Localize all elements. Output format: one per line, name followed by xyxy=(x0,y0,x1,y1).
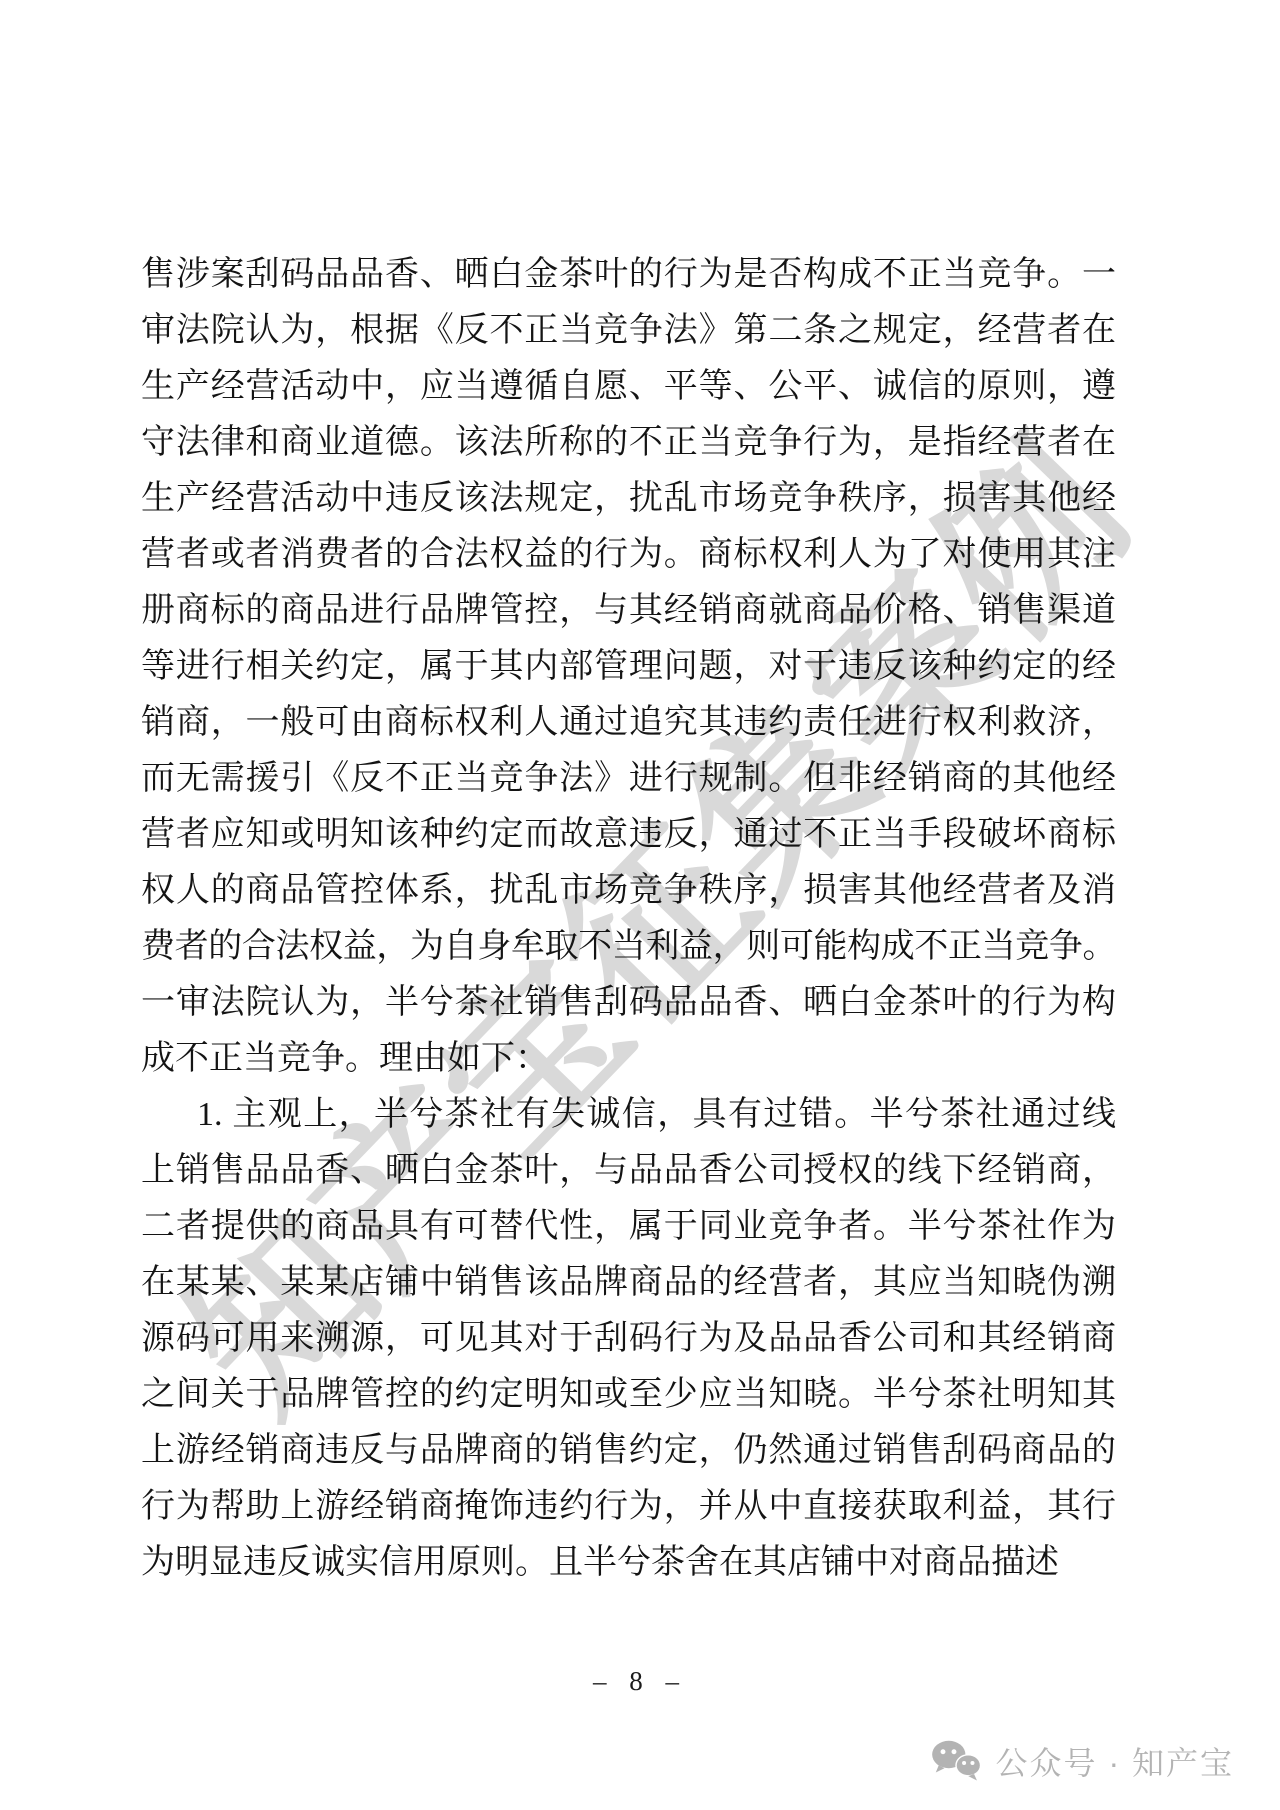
text-line: 1. 主观上，半兮茶社有失诚信，具有过错。半兮茶社通过线 xyxy=(141,1087,1116,1143)
text-line: 费者的合法权益，为自身牟取不当利益，则可能构成不正当竞争。 xyxy=(141,919,1116,975)
text-line: 审法院认为，根据《反不正当竞争法》第二条之规定，经营者在 xyxy=(141,303,1116,359)
text-line: 而无需援引《反不正当竞争法》进行规制。但非经销商的其他经 xyxy=(141,751,1116,807)
footer-brand: 公众号 · 知产宝 xyxy=(930,1738,1234,1784)
text-line: 行为帮助上游经销商掩饰违约行为，并从中直接获取利益，其行 xyxy=(141,1479,1116,1535)
document-body: 售涉案刮码品品香、晒白金茶叶的行为是否构成不正当竞争。一 审法院认为，根据《反不… xyxy=(141,247,1116,1591)
text-line: 成不正当竞争。理由如下： xyxy=(141,1031,1116,1087)
text-line: 营者或者消费者的合法权益的行为。商标权利人为了对使用其注 xyxy=(141,527,1116,583)
text-line: 上销售品品香、晒白金茶叶，与品品香公司授权的线下经销商， xyxy=(141,1143,1116,1199)
text-line: 册商标的商品进行品牌管控，与其经销商就商品价格、销售渠道 xyxy=(141,583,1116,639)
text-line: 权人的商品管控体系，扰乱市场竞争秩序，损害其他经营者及消 xyxy=(141,863,1116,919)
text-line: 为明显违反诚实信用原则。且半兮茶舍在其店铺中对商品描述 xyxy=(141,1535,1116,1591)
page-number: – 8 – xyxy=(0,1666,1280,1697)
text-line: 生产经营活动中，应当遵循自愿、平等、公平、诚信的原则，遵 xyxy=(141,359,1116,415)
text-line: 生产经营活动中违反该法规定，扰乱市场竞争秩序，损害其他经 xyxy=(141,471,1116,527)
text-line: 营者应知或明知该种约定而故意违反，通过不正当手段破坏商标 xyxy=(141,807,1116,863)
wechat-icon xyxy=(930,1739,982,1783)
text-line: 二者提供的商品具有可替代性，属于同业竞争者。半兮茶社作为 xyxy=(141,1199,1116,1255)
text-line: 一审法院认为，半兮茶社销售刮码品品香、晒白金茶叶的行为构 xyxy=(141,975,1116,1031)
text-line: 源码可用来溯源，可见其对于刮码行为及品品香公司和其经销商 xyxy=(141,1311,1116,1367)
text-line: 售涉案刮码品品香、晒白金茶叶的行为是否构成不正当竞争。一 xyxy=(141,247,1116,303)
text-line: 在某某、某某店铺中销售该品牌商品的经营者，其应当知晓伪溯 xyxy=(141,1255,1116,1311)
text-line: 上游经销商违反与品牌商的销售约定，仍然通过销售刮码商品的 xyxy=(141,1423,1116,1479)
text-line: 守法律和商业道德。该法所称的不正当竞争行为，是指经营者在 xyxy=(141,415,1116,471)
text-line: 销商，一般可由商标权利人通过追究其违约责任进行权利救济， xyxy=(141,695,1116,751)
text-line: 之间关于品牌管控的约定明知或至少应当知晓。半兮茶社明知其 xyxy=(141,1367,1116,1423)
text-line: 等进行相关约定，属于其内部管理问题，对于违反该种约定的经 xyxy=(141,639,1116,695)
footer-brand-label: 公众号 · 知产宝 xyxy=(996,1738,1234,1784)
